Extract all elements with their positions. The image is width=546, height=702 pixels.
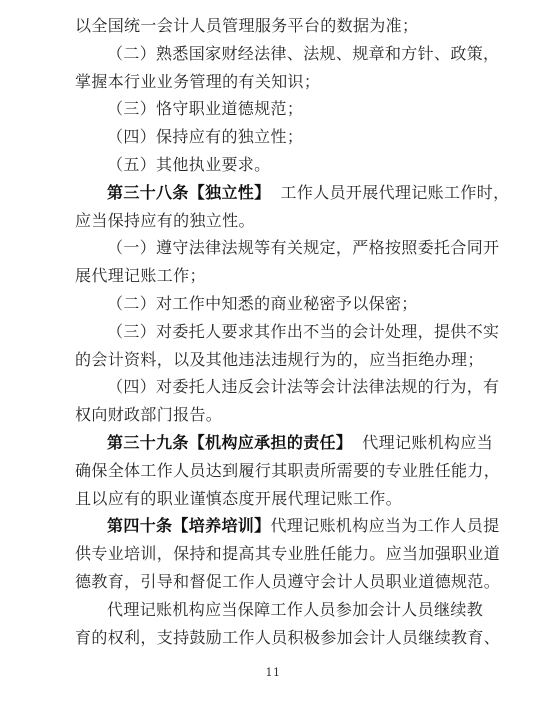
line-text: 代理记账机构应当 — [362, 433, 493, 452]
line-text: 且以应有的职业谨慎态度开展代理记账工作。 — [75, 489, 402, 508]
line-text: （二）熟悉国家财经法律、法规、规章和方针、政策， — [107, 44, 499, 63]
line-text: 确保全体工作人员达到履行其职责所需要的专业胜任能力， — [75, 461, 500, 480]
line-text: 权向财政部门报告。 — [75, 405, 222, 424]
document-line-article-40: 第四十条【培养培训】代理记账机构应当为工作人员提 — [0, 512, 546, 540]
document-line: 供专业培训，保持和提高其专业胜任能力。应当加强职业道 — [0, 540, 546, 568]
document-line-article-38: 第三十八条【独立性】工作人员开展代理记账工作时， — [0, 179, 546, 207]
document-line: （二）对工作中知悉的商业秘密予以保密； — [0, 290, 546, 318]
article-heading: 第三十九条【机构应承担的责任】 — [107, 433, 352, 452]
document-line: （一）遵守法律法规等有关规定，严格按照委托合同开 — [0, 234, 546, 262]
line-text: 育的权利，支持鼓励工作人员积极参加会计人员继续教育、 — [75, 628, 500, 647]
document-line: （二）熟悉国家财经法律、法规、规章和方针、政策， — [0, 40, 546, 68]
document-line: 德教育，引导和督促工作人员遵守会计人员职业道德规范。 — [0, 568, 546, 596]
line-text: （四）保持应有的独立性； — [107, 127, 303, 146]
line-text: 展代理记账工作； — [75, 266, 206, 285]
document-line: 代理记账机构应当保障工作人员参加会计人员继续教 — [0, 596, 546, 624]
document-line: （四）保持应有的独立性； — [0, 123, 546, 151]
document-line: 应当保持应有的独立性。 — [0, 207, 546, 235]
line-text: （三）恪守职业道德规范； — [107, 99, 303, 118]
line-text: （三）对委托人要求其作出不当的会计处理，提供不实 — [107, 322, 499, 341]
line-text: （五）其他执业要求。 — [107, 155, 271, 174]
line-text: 应当保持应有的独立性。 — [75, 211, 255, 230]
line-text: （四）对委托人违反会计法等会计法律法规的行为，有 — [107, 377, 499, 396]
article-heading: 第四十条【培养培训】 — [107, 516, 271, 535]
line-text: 工作人员开展代理记账工作时， — [281, 183, 510, 202]
line-text: 供专业培训，保持和提高其专业胜任能力。应当加强职业道 — [75, 544, 500, 563]
page-number: 11 — [0, 666, 546, 679]
document-line: （四）对委托人违反会计法等会计法律法规的行为，有 — [0, 373, 546, 401]
line-text: 掌握本行业业务管理的有关知识； — [75, 72, 320, 91]
line-text: （一）遵守法律法规等有关规定，严格按照委托合同开 — [107, 238, 499, 257]
document-line: （五）其他执业要求。 — [0, 151, 546, 179]
document-line: （三）恪守职业道德规范； — [0, 95, 546, 123]
line-text: （二）对工作中知悉的商业秘密予以保密； — [107, 294, 418, 313]
document-line: 展代理记账工作； — [0, 262, 546, 290]
document-line: 权向财政部门报告。 — [0, 401, 546, 429]
document-line: 的会计资料，以及其他违法违规行为的，应当拒绝办理； — [0, 346, 546, 374]
document-line-article-39: 第三十九条【机构应承担的责任】代理记账机构应当 — [0, 429, 546, 457]
line-text: 德教育，引导和督促工作人员遵守会计人员职业道德规范。 — [75, 572, 500, 591]
document-line: 掌握本行业业务管理的有关知识； — [0, 68, 546, 96]
document-line: 确保全体工作人员达到履行其职责所需要的专业胜任能力， — [0, 457, 546, 485]
article-heading: 第三十八条【独立性】 — [107, 183, 271, 202]
document-page: 以全国统一会计人员管理服务平台的数据为准； （二）熟悉国家财经法律、法规、规章和… — [0, 12, 546, 651]
document-line: （三）对委托人要求其作出不当的会计处理，提供不实 — [0, 318, 546, 346]
line-text: 代理记账机构应当为工作人员提 — [271, 516, 500, 535]
line-text: 的会计资料，以及其他违法违规行为的，应当拒绝办理； — [75, 350, 484, 369]
line-text: 以全国统一会计人员管理服务平台的数据为准； — [75, 16, 418, 35]
document-line: 以全国统一会计人员管理服务平台的数据为准； — [0, 12, 546, 40]
line-text: 代理记账机构应当保障工作人员参加会计人员继续教 — [107, 600, 483, 619]
document-line: 且以应有的职业谨慎态度开展代理记账工作。 — [0, 485, 546, 513]
document-line: 育的权利，支持鼓励工作人员积极参加会计人员继续教育、 — [0, 624, 546, 652]
